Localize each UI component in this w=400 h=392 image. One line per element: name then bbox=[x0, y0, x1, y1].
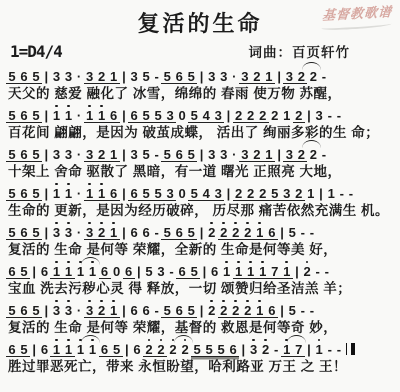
note: · bbox=[75, 148, 84, 161]
note: 5 bbox=[30, 109, 42, 123]
note: 6 bbox=[6, 265, 18, 279]
octave-dot-icon bbox=[258, 222, 261, 225]
octave-dot-icon bbox=[55, 105, 58, 108]
note: · bbox=[230, 148, 239, 161]
barline: | bbox=[278, 304, 286, 317]
score-line: 565|33·321|35-565|33·321|322-十架上 舍命 驱散了 … bbox=[6, 141, 394, 179]
note: 5 bbox=[203, 343, 215, 357]
note: - bbox=[325, 343, 334, 356]
watermark-text: 基督教歌谱 bbox=[322, 4, 393, 23]
notation-row: 565|33·321|66-565|222216|5-- bbox=[6, 219, 394, 240]
octave-dot-icon bbox=[160, 339, 163, 342]
note: - bbox=[298, 304, 307, 317]
note: 6 bbox=[173, 304, 185, 318]
lyrics-row: 生命的 更新，是因为经历破碎， 历尽那 痛苦依然充满生 机。 bbox=[6, 203, 394, 218]
barline: | bbox=[197, 226, 205, 239]
octave-dot-icon bbox=[112, 300, 115, 303]
note: 0 bbox=[176, 187, 188, 200]
note: 6 bbox=[38, 265, 50, 278]
note: - bbox=[322, 265, 331, 278]
note: 1 bbox=[87, 343, 99, 356]
note: 2 bbox=[96, 304, 108, 318]
note: 5 bbox=[215, 343, 227, 357]
octave-dot-icon bbox=[210, 300, 213, 303]
note: 2 bbox=[307, 148, 319, 161]
octave-dot-icon bbox=[100, 183, 103, 186]
note: 7 bbox=[293, 343, 305, 357]
note: 6 bbox=[128, 109, 140, 123]
octave-dot-icon bbox=[100, 105, 103, 108]
note: 3 bbox=[50, 226, 62, 239]
note: 5 bbox=[18, 265, 30, 279]
score-line: 565|11·116|65530543|2225321|1--生命的 更新，是因… bbox=[6, 180, 394, 218]
note: - bbox=[319, 70, 328, 83]
note: 7 bbox=[269, 265, 281, 279]
note: 1 bbox=[50, 265, 62, 279]
note: 3 bbox=[84, 70, 96, 84]
octave-dot-icon bbox=[234, 222, 237, 225]
note: 4 bbox=[200, 109, 212, 123]
notation-row: 565|33·321|35-565|33·321|322- bbox=[6, 63, 394, 84]
note: 6 bbox=[128, 187, 140, 201]
score-line: 565|11·116|65530543|222212|3--百花间 翩翩，是因为… bbox=[6, 102, 394, 140]
note: 2 bbox=[251, 70, 263, 84]
note: 6 bbox=[131, 343, 143, 356]
note: 1 bbox=[108, 304, 120, 318]
note: 3 bbox=[218, 148, 230, 161]
note: 5 bbox=[191, 343, 203, 357]
barline: | bbox=[120, 109, 128, 122]
octave-dot-icon bbox=[234, 300, 237, 303]
note: 1 bbox=[84, 109, 96, 123]
barline: | bbox=[317, 187, 325, 200]
note: 1 bbox=[96, 187, 108, 201]
note: 1 bbox=[245, 265, 257, 279]
octave-dot-icon bbox=[55, 222, 58, 225]
barline: | bbox=[30, 343, 38, 356]
note: 6 bbox=[227, 343, 239, 357]
note: · bbox=[75, 70, 84, 83]
note: 6 bbox=[140, 226, 152, 239]
octave-dot-icon bbox=[112, 222, 115, 225]
note: 1 bbox=[108, 148, 120, 162]
note: - bbox=[313, 265, 322, 278]
octave-dot-icon bbox=[88, 300, 91, 303]
note: 2 bbox=[233, 109, 245, 123]
note: 2 bbox=[269, 109, 281, 122]
note: 2 bbox=[155, 343, 167, 357]
note: 3 bbox=[206, 148, 218, 161]
octave-dot-icon bbox=[67, 261, 70, 264]
lyrics-row: 胜过罪恶死亡，带来 永恒盼望，哈利路亚 万王 之 王！ bbox=[6, 359, 394, 374]
note: · bbox=[75, 109, 84, 122]
lyrics-row: 百花间 翩翩，是因为 破茧成蝶， 活出了 绚丽多彩的生 命； bbox=[6, 125, 394, 140]
octave-dot-icon bbox=[246, 300, 249, 303]
note: 1 bbox=[75, 265, 87, 278]
note: 2 bbox=[143, 343, 155, 357]
notation-row: 65|61111606|53-65|6111171|2-- bbox=[6, 258, 394, 279]
note: 5 bbox=[30, 187, 42, 201]
note: 5 bbox=[18, 343, 30, 357]
note: 5 bbox=[185, 148, 197, 162]
note: - bbox=[152, 148, 161, 161]
note: 6 bbox=[18, 148, 30, 162]
note: 6 bbox=[6, 343, 18, 357]
octave-dot-icon bbox=[222, 222, 225, 225]
barline: | bbox=[42, 187, 50, 200]
note: 1 bbox=[50, 187, 62, 200]
score-line: 565|33·321|66-565|222216|5--复活的 生命 是何等 荣… bbox=[6, 219, 394, 257]
octave-dot-icon bbox=[258, 300, 261, 303]
note: 3 bbox=[212, 187, 224, 201]
octave-dot-icon bbox=[318, 339, 321, 342]
octave-dot-icon bbox=[67, 183, 70, 186]
notation-row: 565|11·116|65530543|222212|3-- bbox=[6, 102, 394, 123]
note: 2 bbox=[295, 148, 307, 162]
note: 5 bbox=[6, 187, 18, 201]
sheet-music-page: 基督教歌谱 复活的生命 1=D4/4 词曲：百页轩竹 565|33·321|35… bbox=[0, 0, 400, 392]
note: 1 bbox=[233, 265, 245, 279]
barline: | bbox=[200, 265, 208, 278]
score-line: 65|6111165|622225556|32-17|1--胜过罪恶死亡，带来 … bbox=[6, 336, 394, 374]
octave-dot-icon bbox=[55, 300, 58, 303]
note: 2 bbox=[96, 226, 108, 240]
octave-dot-icon bbox=[252, 339, 255, 342]
note: 1 bbox=[62, 343, 74, 357]
note: 1 bbox=[221, 265, 233, 278]
note: - bbox=[346, 187, 355, 200]
barline: | bbox=[120, 226, 128, 239]
note: 2 bbox=[293, 187, 305, 201]
note: 5 bbox=[140, 187, 152, 201]
note: 2 bbox=[251, 148, 263, 162]
octave-dot-icon bbox=[91, 339, 94, 342]
barline: | bbox=[42, 109, 50, 122]
barline: | bbox=[42, 226, 50, 239]
note: 2 bbox=[96, 70, 108, 84]
note: 2 bbox=[293, 109, 305, 123]
barline: | bbox=[120, 304, 128, 317]
note: 5 bbox=[140, 70, 152, 83]
octave-dot-icon bbox=[55, 183, 58, 186]
lyrics-row: 十架上 舍命 驱散了 黑暗，有一道 曙光 正照亮 大地， bbox=[6, 164, 394, 179]
note: 1 bbox=[75, 343, 87, 356]
octave-dot-icon bbox=[88, 105, 91, 108]
note: - bbox=[337, 187, 346, 200]
barline: | bbox=[197, 70, 205, 83]
note: 1 bbox=[281, 109, 293, 122]
note: 1 bbox=[305, 187, 317, 200]
note: 5 bbox=[185, 226, 197, 240]
meta-row: 1=D4/4 词曲：百页轩竹 bbox=[0, 38, 400, 61]
note: 4 bbox=[200, 187, 212, 201]
barline: | bbox=[293, 265, 301, 278]
notation-row: 565|33·321|66-565|222216|5-- bbox=[6, 297, 394, 318]
note: 1 bbox=[254, 226, 266, 240]
note: 5 bbox=[143, 265, 155, 278]
note: 2 bbox=[96, 148, 108, 162]
score-lines: 565|33·321|35-565|33·321|322-天父的 慈爱 融化了 … bbox=[0, 61, 400, 374]
note: 6 bbox=[173, 226, 185, 240]
note: 1 bbox=[62, 265, 74, 279]
note: 2 bbox=[245, 109, 257, 123]
note: - bbox=[167, 265, 176, 278]
note: 1 bbox=[62, 109, 74, 122]
note: 1 bbox=[281, 265, 293, 279]
octave-dot-icon bbox=[67, 300, 70, 303]
barline: | bbox=[278, 226, 286, 239]
note: 3 bbox=[164, 109, 176, 123]
lyrics-row: 宝血 洗去污秽心灵 得 释放，一切 颂赞归给圣洁羔 羊； bbox=[6, 281, 394, 296]
octave-dot-icon bbox=[148, 339, 151, 342]
octave-dot-icon bbox=[67, 339, 70, 342]
note: 3 bbox=[62, 304, 74, 317]
lyrics-row: 复活的 生命 是何等 荣耀，基督的 救恩是何等奇 妙， bbox=[6, 320, 394, 335]
note: 6 bbox=[173, 148, 185, 162]
note: 2 bbox=[218, 226, 230, 240]
note: 2 bbox=[206, 226, 218, 239]
note: 5 bbox=[188, 109, 200, 123]
note: 5 bbox=[161, 70, 173, 84]
note: 6 bbox=[18, 226, 30, 240]
note: 5 bbox=[140, 148, 152, 161]
note: 6 bbox=[38, 343, 50, 356]
note: 1 bbox=[108, 226, 120, 240]
barline: | bbox=[30, 265, 38, 278]
notation-row: 65|6111165|622225556|32-17|1-- bbox=[6, 336, 394, 357]
note: 2 bbox=[230, 226, 242, 240]
note: 5 bbox=[188, 265, 200, 279]
note: 3 bbox=[84, 226, 96, 240]
note: 3 bbox=[313, 109, 325, 122]
note: 6 bbox=[108, 109, 120, 123]
note: 5 bbox=[161, 304, 173, 318]
note: - bbox=[298, 226, 307, 239]
note: 6 bbox=[140, 304, 152, 317]
octave-dot-icon bbox=[67, 222, 70, 225]
octave-dot-icon bbox=[237, 261, 240, 264]
barline: | bbox=[239, 343, 247, 356]
lyrics-row: 天父的 慈爱 融化了 冰雪，绵绵的 春雨 使万物 苏醒， bbox=[6, 86, 394, 101]
note: 6 bbox=[173, 70, 185, 84]
note: 5 bbox=[30, 304, 42, 318]
note: 1 bbox=[50, 343, 62, 357]
note: 5 bbox=[185, 304, 197, 318]
note: 6 bbox=[99, 343, 111, 357]
note: 3 bbox=[239, 70, 251, 84]
octave-dot-icon bbox=[261, 261, 264, 264]
note: 3 bbox=[283, 148, 295, 162]
note: 2 bbox=[218, 304, 230, 318]
note: 5 bbox=[188, 187, 200, 201]
barline: | bbox=[197, 148, 205, 161]
note: 0 bbox=[176, 109, 188, 122]
barline: | bbox=[275, 148, 283, 161]
note: 1 bbox=[50, 109, 62, 122]
octave-dot-icon bbox=[306, 261, 309, 264]
note: 1 bbox=[325, 187, 337, 200]
octave-dot-icon bbox=[264, 339, 267, 342]
note: · bbox=[75, 226, 84, 239]
barline: | bbox=[305, 109, 313, 122]
note: 3 bbox=[212, 109, 224, 123]
note: 5 bbox=[30, 148, 42, 162]
note: 1 bbox=[257, 265, 269, 279]
note: 3 bbox=[248, 343, 260, 356]
note: 5 bbox=[6, 148, 18, 162]
note: 3 bbox=[155, 265, 167, 278]
octave-dot-icon bbox=[210, 222, 213, 225]
note: 5 bbox=[6, 226, 18, 240]
note: 6 bbox=[128, 304, 140, 317]
barline: | bbox=[224, 187, 232, 200]
note: - bbox=[319, 148, 328, 161]
octave-dot-icon bbox=[91, 261, 94, 264]
note: 1 bbox=[62, 187, 74, 200]
barline: | bbox=[120, 70, 128, 83]
note: - bbox=[334, 343, 343, 356]
octave-dot-icon bbox=[246, 222, 249, 225]
note: 3 bbox=[50, 148, 62, 161]
score-line: 565|33·321|35-565|33·321|322-天父的 慈爱 融化了 … bbox=[6, 63, 394, 101]
note: 1 bbox=[263, 70, 275, 84]
note: 5 bbox=[30, 226, 42, 240]
barline: | bbox=[42, 304, 50, 317]
note: - bbox=[272, 343, 281, 356]
note: 5 bbox=[286, 304, 298, 317]
note: 3 bbox=[84, 304, 96, 318]
octave-dot-icon bbox=[88, 183, 91, 186]
note: 3 bbox=[50, 70, 62, 83]
barline: | bbox=[197, 304, 205, 317]
note: - bbox=[152, 304, 161, 317]
note: 1 bbox=[87, 265, 99, 278]
note: 2 bbox=[301, 265, 313, 278]
note: 5 bbox=[6, 109, 18, 123]
barline: | bbox=[42, 70, 50, 83]
note: 3 bbox=[128, 148, 140, 161]
octave-dot-icon bbox=[285, 261, 288, 264]
note: 1 bbox=[281, 343, 293, 357]
octave-dot-icon bbox=[100, 222, 103, 225]
barline: | bbox=[224, 109, 232, 122]
note: 3 bbox=[62, 70, 74, 83]
barline: | bbox=[305, 343, 313, 356]
note: 0 bbox=[111, 265, 123, 278]
note: 3 bbox=[164, 187, 176, 201]
note: 2 bbox=[295, 70, 307, 84]
note: 5 bbox=[185, 70, 197, 84]
note: 6 bbox=[18, 109, 30, 123]
note: 6 bbox=[128, 226, 140, 239]
octave-dot-icon bbox=[100, 300, 103, 303]
note: 1 bbox=[254, 304, 266, 318]
barline: | bbox=[42, 148, 50, 161]
note: 5 bbox=[111, 343, 123, 357]
note: 3 bbox=[62, 148, 74, 161]
note: 6 bbox=[108, 187, 120, 201]
octave-dot-icon bbox=[55, 261, 58, 264]
notation-row: 565|33·321|35-565|33·321|322- bbox=[6, 141, 394, 162]
note: 1 bbox=[313, 343, 325, 356]
note: · bbox=[75, 187, 84, 200]
note: 3 bbox=[206, 70, 218, 83]
note: 2 bbox=[242, 226, 254, 240]
note: 6 bbox=[18, 304, 30, 318]
note: 2 bbox=[257, 187, 269, 201]
note: 3 bbox=[283, 70, 295, 84]
note: 5 bbox=[30, 70, 42, 84]
barline: | bbox=[120, 148, 128, 161]
note: 5 bbox=[161, 226, 173, 240]
note: 6 bbox=[18, 70, 30, 84]
note: 3 bbox=[218, 70, 230, 83]
key-time-signature: 1=D4/4 bbox=[10, 42, 62, 61]
notation-row: 565|11·116|65530543|2225321|1-- bbox=[6, 180, 394, 201]
barline: | bbox=[123, 343, 131, 356]
composer-credits: 词曲：百页轩竹 bbox=[249, 41, 389, 61]
note: · bbox=[75, 304, 84, 317]
note: 6 bbox=[99, 265, 111, 279]
note: 2 bbox=[179, 343, 191, 356]
note: 3 bbox=[62, 226, 74, 239]
note: 5 bbox=[6, 304, 18, 318]
note: 3 bbox=[50, 304, 62, 317]
note: 3 bbox=[84, 148, 96, 162]
note: 2 bbox=[206, 304, 218, 317]
lyrics-row: 复活的 生命 是何等 荣耀，全新的 生命是何等美 好， bbox=[6, 242, 394, 257]
note: - bbox=[307, 304, 316, 317]
note: 5 bbox=[161, 148, 173, 162]
note: 1 bbox=[263, 148, 275, 162]
octave-dot-icon bbox=[55, 339, 58, 342]
score-line: 565|33·321|66-565|222216|5--复活的 生命 是何等 荣… bbox=[6, 297, 394, 335]
note: 6 bbox=[266, 304, 278, 318]
note: 2 bbox=[242, 304, 254, 318]
note: 2 bbox=[167, 343, 179, 356]
octave-dot-icon bbox=[225, 261, 228, 264]
note: 6 bbox=[209, 265, 221, 278]
note: 2 bbox=[307, 70, 319, 83]
watermark: 基督教歌谱 bbox=[321, 1, 392, 31]
octave-dot-icon bbox=[222, 300, 225, 303]
note: 6 bbox=[266, 226, 278, 240]
note: 2 bbox=[257, 109, 269, 123]
note: 1 bbox=[108, 70, 120, 84]
note: - bbox=[152, 226, 161, 239]
score-line: 65|61111606|53-65|6111171|2--宝血 洗去污秽心灵 得… bbox=[6, 258, 394, 296]
note: 5 bbox=[6, 70, 18, 84]
note: 3 bbox=[239, 148, 251, 162]
barline: | bbox=[135, 265, 143, 278]
note: 5 bbox=[152, 109, 164, 123]
note: - bbox=[325, 109, 334, 122]
note: 1 bbox=[84, 187, 96, 201]
barline: | bbox=[275, 70, 283, 83]
note: 2 bbox=[260, 343, 272, 356]
note: 6 bbox=[18, 187, 30, 201]
note: 5 bbox=[269, 187, 281, 201]
barline: | bbox=[120, 187, 128, 200]
note: 6 bbox=[176, 265, 188, 279]
note: 2 bbox=[230, 304, 242, 318]
note: 5 bbox=[286, 226, 298, 239]
octave-dot-icon bbox=[67, 105, 70, 108]
note: - bbox=[307, 226, 316, 239]
note: 5 bbox=[140, 109, 152, 123]
note: 2 bbox=[245, 187, 257, 201]
octave-dot-icon bbox=[88, 222, 91, 225]
